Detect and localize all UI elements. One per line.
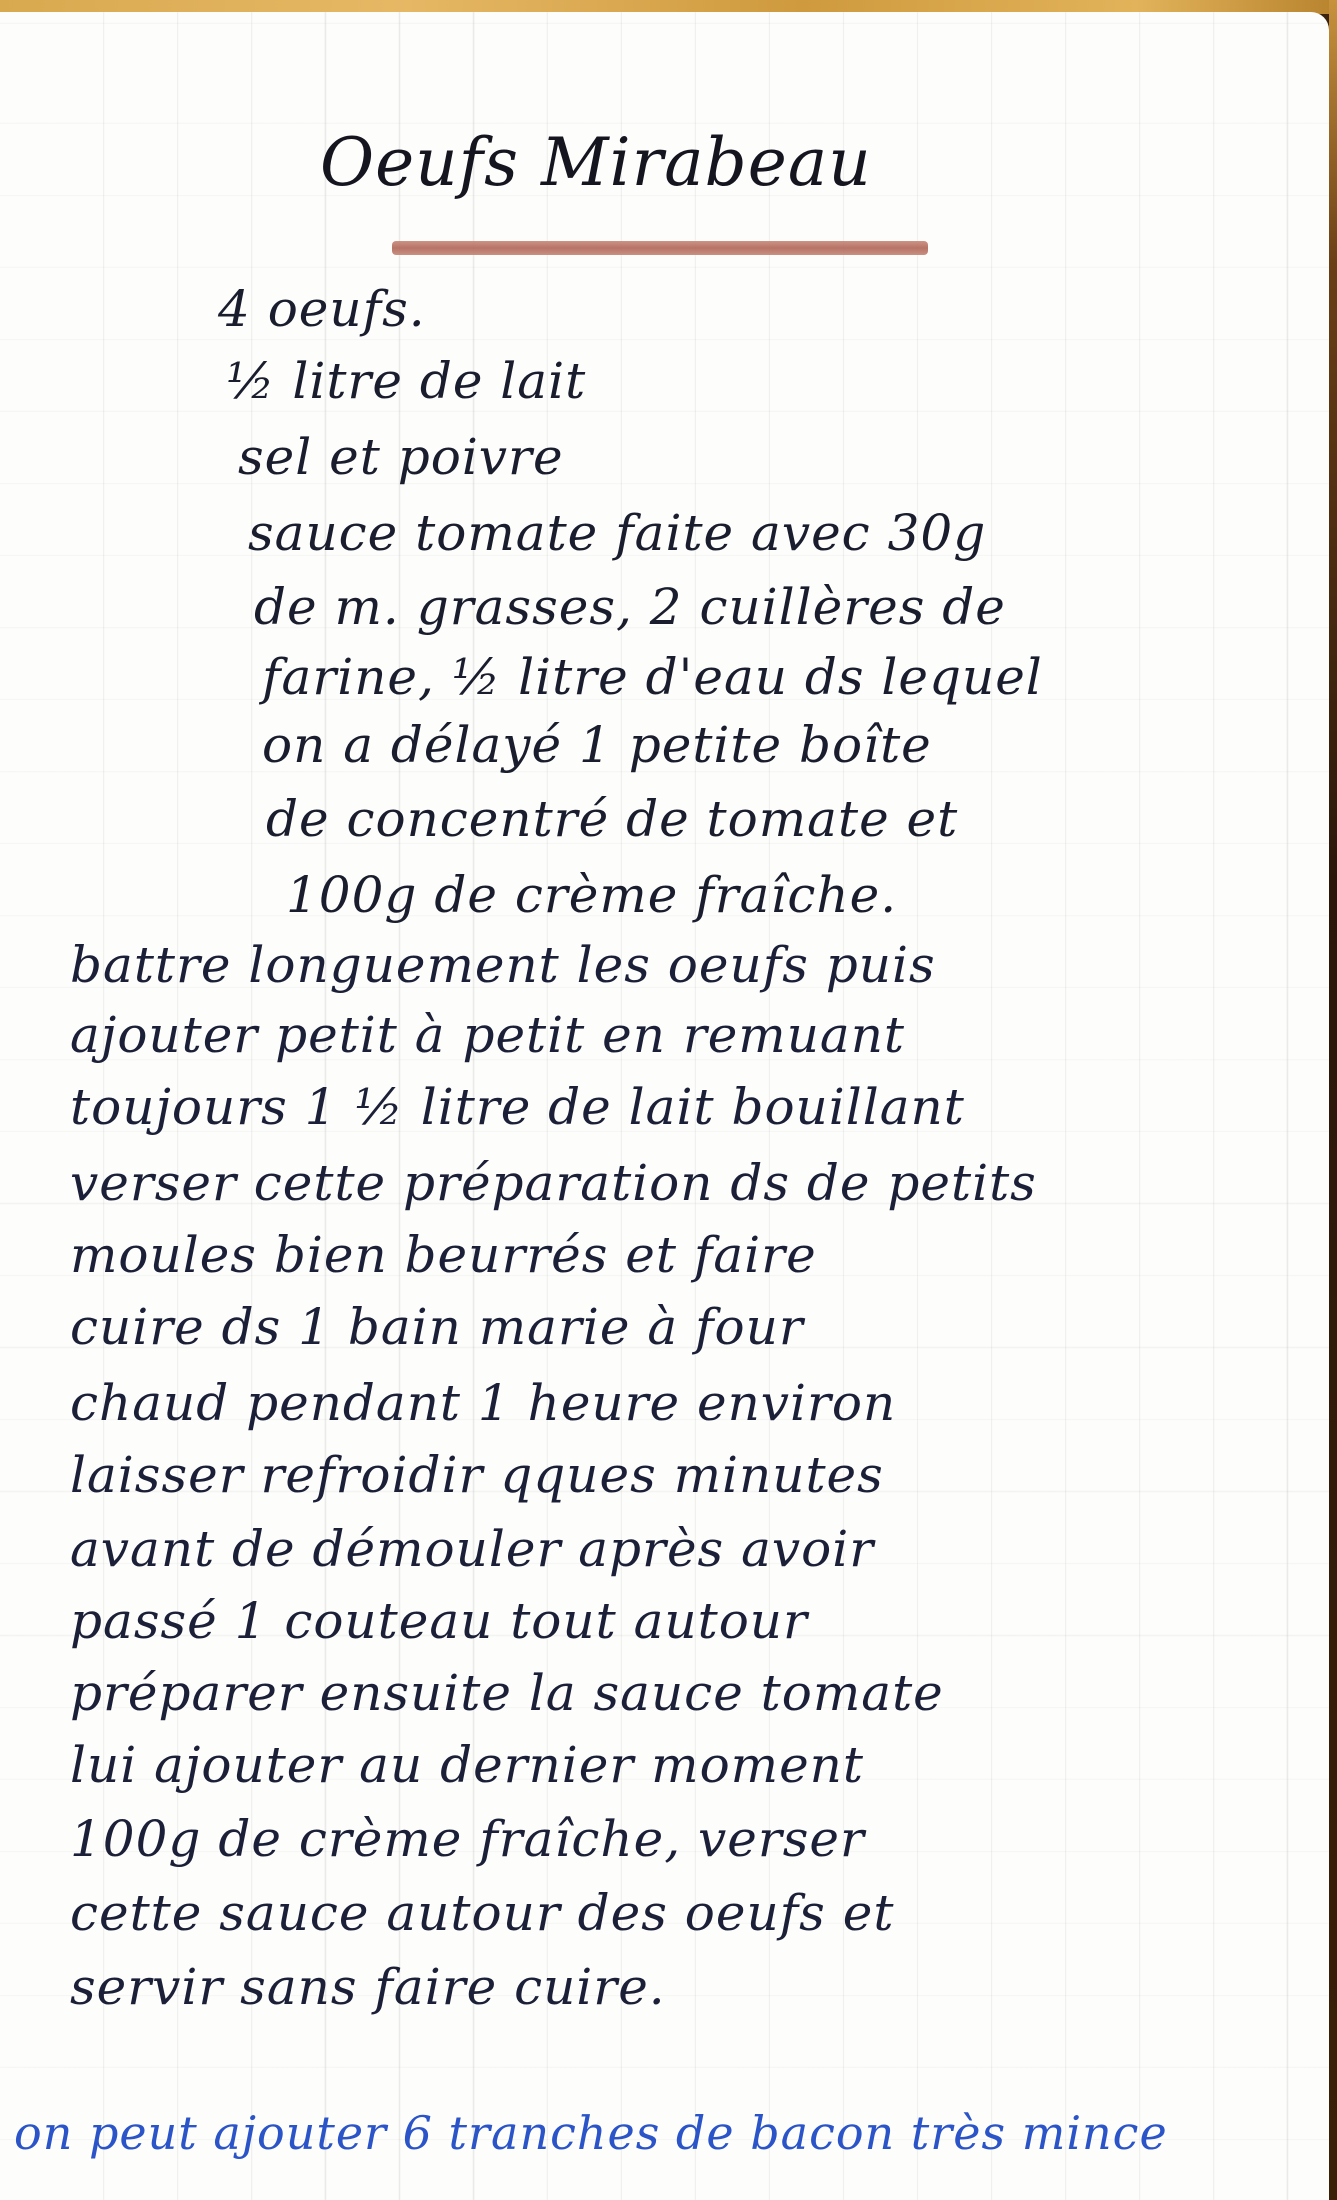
ingredient-line: 4 oeufs. (218, 284, 426, 334)
recipe-card: Oeufs Mirabeau 4 oeufs. ½ litre de lait … (0, 12, 1329, 2200)
ingredient-line: sauce tomate faite avec 30g (248, 508, 986, 558)
ingredient-line: sel et poivre (238, 432, 564, 482)
instruction-line: verser cette préparation ds de petits (70, 1158, 1037, 1208)
ingredient-line: on a délayé 1 petite boîte (262, 720, 932, 770)
instruction-line: cuire ds 1 bain marie à four (70, 1302, 804, 1352)
instruction-line: préparer ensuite la sauce tomate (70, 1668, 944, 1718)
instruction-line: cette sauce autour des oeufs et (70, 1888, 894, 1938)
wooden-table-edge-right (1329, 0, 1337, 2200)
ingredient-line: de concentré de tomate et (266, 794, 958, 844)
instruction-line: toujours 1 ½ litre de lait bouillant (70, 1082, 965, 1132)
instruction-line: laisser refroidir qques minutes (70, 1450, 884, 1500)
instruction-line: passé 1 couteau tout autour (70, 1596, 808, 1646)
title-underline (392, 241, 928, 255)
instruction-line: battre longuement les oeufs puis (70, 940, 936, 990)
ingredient-line: de m. grasses, 2 cuillères de (254, 582, 1006, 632)
instruction-line: lui ajouter au dernier moment (70, 1740, 864, 1790)
recipe-title: Oeufs Mirabeau (320, 130, 872, 196)
ingredient-line: farine, ½ litre d'eau ds lequel (262, 652, 1043, 702)
ingredient-line: 100g de crème fraîche. (286, 870, 897, 920)
footnote-bacon: on peut ajouter 6 tranches de bacon très… (14, 2110, 1168, 2156)
instruction-line: servir sans faire cuire. (70, 1962, 666, 2012)
instruction-line: 100g de crème fraîche, verser (70, 1814, 865, 1864)
instruction-line: avant de démouler après avoir (70, 1524, 874, 1574)
instruction-line: ajouter petit à petit en remuant (70, 1010, 905, 1060)
instruction-line: moules bien beurrés et faire (70, 1230, 817, 1280)
ingredient-line: ½ litre de lait (226, 356, 586, 406)
instruction-line: chaud pendant 1 heure environ (70, 1378, 896, 1428)
